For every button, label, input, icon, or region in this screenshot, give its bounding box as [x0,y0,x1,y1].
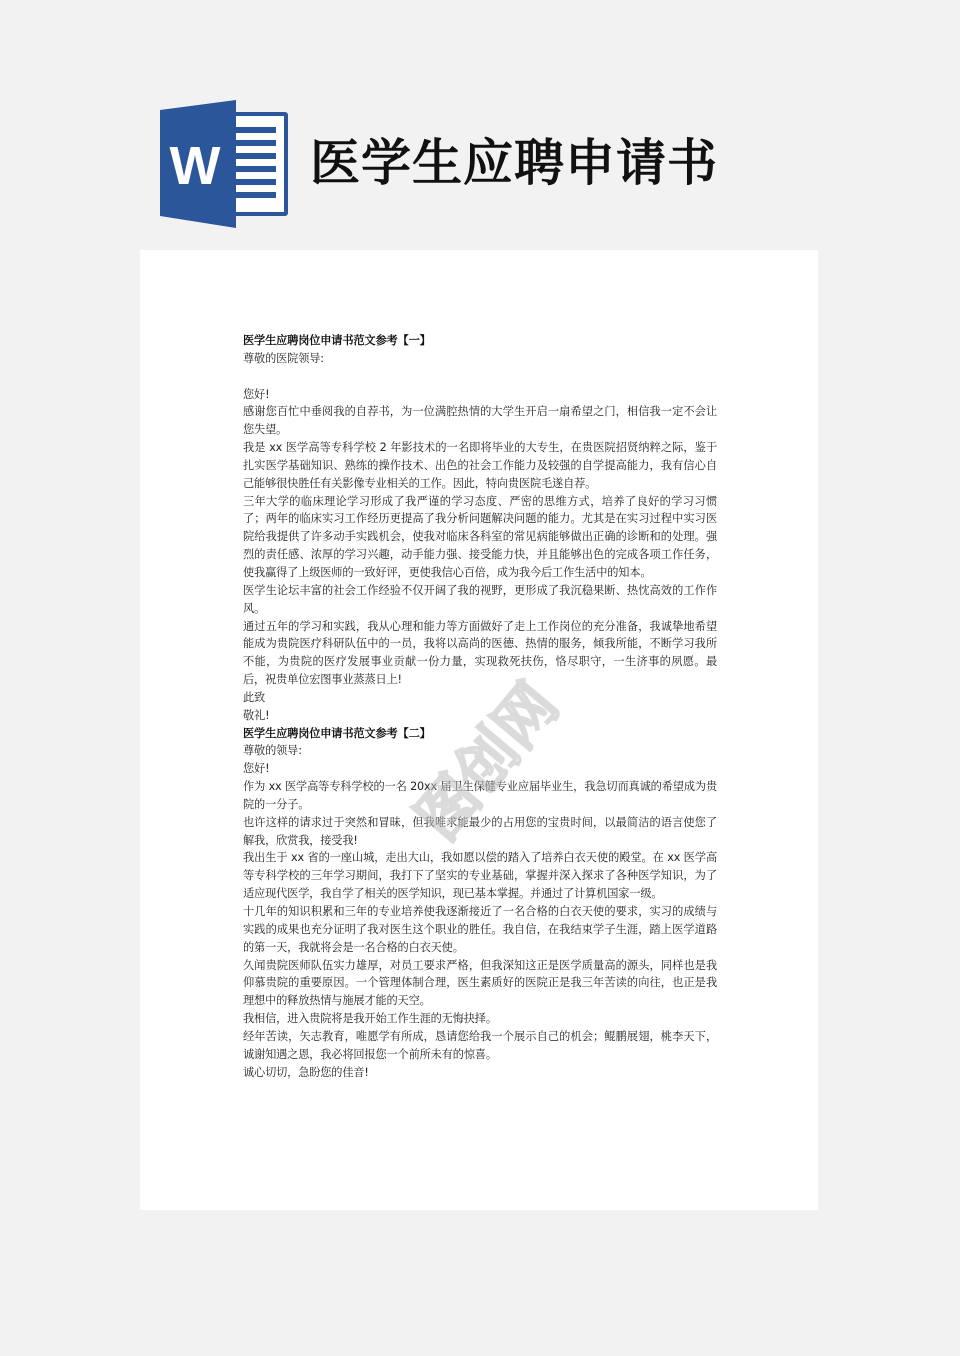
greeting-2: 您好! [243,760,717,778]
salutation-1: 尊敬的医院领导: [243,350,717,368]
section-heading-2: 医学生应聘岗位申请书范文参考【二】 [243,725,717,743]
paragraph: 久闻贵院医师队伍实力雄厚，对员工要求严格，但我深知这正是医学质量高的源头，同样也… [243,957,717,1011]
header-banner: W 医学生应聘申请书 [0,0,960,250]
paragraph: 经年苦读，矢志教育，唯愿学有所成，恳请您给我一个展示自己的机会；鲲鹏展翅，桃李天… [243,1028,717,1064]
section-heading-1: 医学生应聘岗位申请书范文参考【一】 [243,332,717,350]
document-title: 医学生应聘申请书 [310,133,718,193]
blank-line [243,368,717,386]
paragraph: 我相信，进入贵院将是我开始工作生涯的无悔抉择。 [243,1010,717,1028]
document-body: 医学生应聘岗位申请书范文参考【一】 尊敬的医院领导: 您好! 感谢您百忙中垂阅我… [243,332,717,1081]
paragraph: 十几年的知识积累和三年的专业培养使我逐渐接近了一名合格的白衣天使的要求，实习的成… [243,903,717,957]
paragraph: 感谢您百忙中垂阅我的自荐书，为一位满腔热情的大学生开启一扇希望之门，相信我一定不… [243,403,717,439]
word-document-icon: W [158,98,290,230]
paragraph: 通过五年的学习和实践，我从心理和能力等方面做好了走上工作岗位的充分准备，我诚挚地… [243,618,717,689]
paragraph: 三年大学的临床理论学习形成了我严谨的学习态度、严密的思维方式，培养了良好的学习习… [243,493,717,582]
paragraph: 我出生于 xx 省的一座山城，走出大山，我如愿以偿的踏入了培养白衣天使的殿堂。在… [243,849,717,903]
closing-line-1: 此致 [243,689,717,707]
paragraph: 我是 xx 医学高等专科学校 2 年影技术的一名即将毕业的大专生，在贵医院招贤纳… [243,439,717,493]
greeting-1: 您好! [243,386,717,404]
paragraph: 医学生论坛丰富的社会工作经验不仅开阔了我的视野，更形成了我沉稳果断、热忱高效的工… [243,582,717,618]
paragraph: 诚心切切，急盼您的佳音! [243,1064,717,1082]
paragraph: 也许这样的请求过于突然和冒昧，但我唯求能最少的占用您的宝贵时间，以最简洁的语言使… [243,814,717,850]
salutation-2: 尊敬的领导: [243,742,717,760]
paragraph: 作为 xx 医学高等专科学校的一名 20xx 届卫生保健专业应届毕业生，我急切而… [243,778,717,814]
closing-line-2: 敬礼! [243,707,717,725]
svg-text:W: W [170,136,221,196]
